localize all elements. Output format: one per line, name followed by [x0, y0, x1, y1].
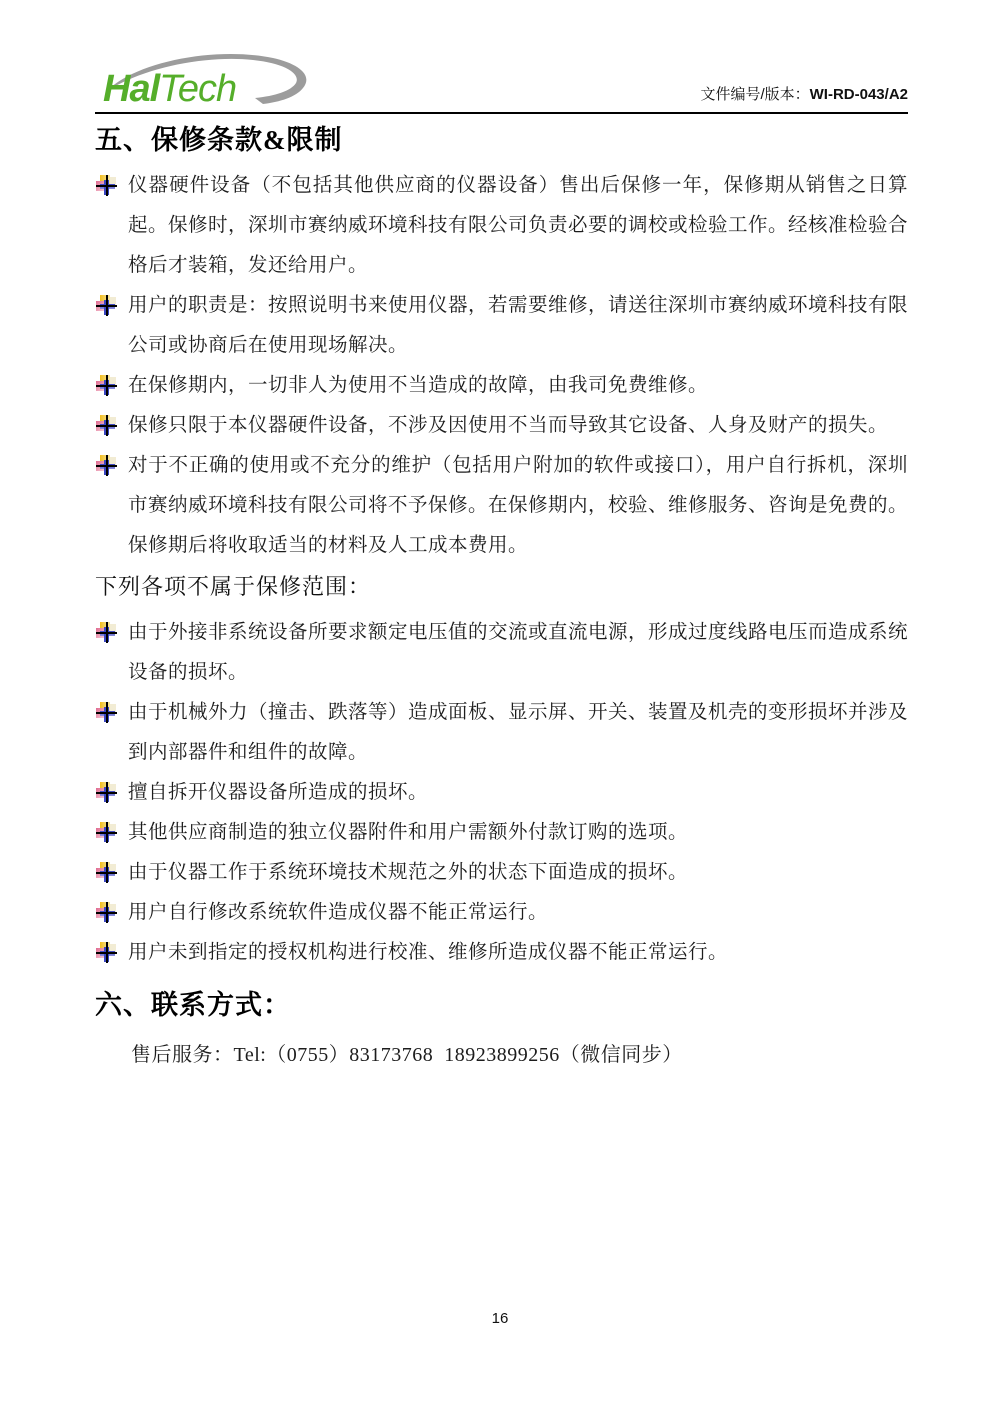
- pinwheel-bullet-icon: [96, 782, 117, 803]
- pinwheel-bullet-icon: [96, 175, 117, 196]
- bullet-text: 其他供应商制造的独立仪器附件和用户需额外付款订购的选项。: [128, 822, 688, 843]
- exclusion-bullet: 擅自拆开仪器设备所造成的损坏。: [95, 773, 908, 813]
- bullet-text: 由于仪器工作于系统环境技术规范之外的状态下面造成的损坏。: [128, 862, 688, 883]
- exclusion-bullet: 由于机械外力（撞击、跌落等）造成面板、显示屏、开关、装置及机壳的变形损坏并涉及到…: [95, 693, 908, 773]
- after-sales-contact-line: 售后服务：Tel:（0755）83173768 18923899256（微信同步…: [131, 1035, 908, 1075]
- pinwheel-bullet-icon: [96, 455, 117, 476]
- pinwheel-bullet-icon: [96, 295, 117, 316]
- exclusion-bullet: 用户未到指定的授权机构进行校准、维修所造成仪器不能正常运行。: [95, 933, 908, 973]
- bullet-text: 擅自拆开仪器设备所造成的损坏。: [128, 782, 428, 803]
- exclusion-bullet: 由于外接非系统设备所要求额定电压值的交流或直流电源，形成过度线路电压而造成系统设…: [95, 613, 908, 693]
- bullet-text: 用户未到指定的授权机构进行校准、维修所造成仪器不能正常运行。: [128, 942, 728, 963]
- exclusion-bullet: 其他供应商制造的独立仪器附件和用户需额外付款订购的选项。: [95, 813, 908, 853]
- pinwheel-bullet-icon: [96, 942, 117, 963]
- warranty-bullet-list: 仪器硬件设备（不包括其他供应商的仪器设备）售出后保修一年，保修期从销售之日算起。…: [95, 166, 908, 566]
- warranty-bullet: 仪器硬件设备（不包括其他供应商的仪器设备）售出后保修一年，保修期从销售之日算起。…: [95, 166, 908, 286]
- pinwheel-bullet-icon: [96, 902, 117, 923]
- bullet-text: 仪器硬件设备（不包括其他供应商的仪器设备）售出后保修一年，保修期从销售之日算起。…: [128, 175, 908, 276]
- section-title-warranty: 五、保修条款&限制: [95, 122, 908, 158]
- document-id-label: 文件编号/版本：: [700, 86, 809, 103]
- haltech-logo: HalTech: [95, 50, 320, 114]
- warranty-bullet: 保修只限于本仪器硬件设备，不涉及因使用不当而导致其它设备、人身及财产的损失。: [95, 406, 908, 446]
- section-title-contact: 六、联系方式：: [95, 983, 908, 1027]
- document-id-value: WI-RD-043/A2: [810, 86, 908, 103]
- pinwheel-bullet-icon: [96, 375, 117, 396]
- bullet-text: 用户的职责是：按照说明书来使用仪器，若需要维修，请送往深圳市赛纳威环境科技有限公…: [128, 295, 908, 356]
- warranty-bullet: 用户的职责是：按照说明书来使用仪器，若需要维修，请送往深圳市赛纳威环境科技有限公…: [95, 286, 908, 366]
- page-header: HalTech 文件编号/版本：WI-RD-043/A2: [95, 0, 908, 114]
- exclusion-bullet: 由于仪器工作于系统环境技术规范之外的状态下面造成的损坏。: [95, 853, 908, 893]
- exclusions-heading: 下列各项不属于保修范围：: [95, 567, 908, 607]
- bullet-text: 由于外接非系统设备所要求额定电压值的交流或直流电源，形成过度线路电压而造成系统设…: [128, 622, 908, 683]
- pinwheel-bullet-icon: [96, 702, 117, 723]
- logo-text: HalTech: [103, 70, 236, 108]
- bullet-text: 在保修期内，一切非人为使用不当造成的故障，由我司免费维修。: [128, 375, 708, 396]
- pinwheel-bullet-icon: [96, 822, 117, 843]
- pinwheel-bullet-icon: [96, 862, 117, 883]
- page-number: 16: [0, 1310, 1000, 1327]
- logo-text-bold: Hal: [103, 68, 159, 110]
- logo-text-regular: Tech: [159, 68, 236, 110]
- pinwheel-bullet-icon: [96, 415, 117, 436]
- exclusions-bullet-list: 由于外接非系统设备所要求额定电压值的交流或直流电源，形成过度线路电压而造成系统设…: [95, 613, 908, 973]
- bullet-text: 对于不正确的使用或不充分的维护（包括用户附加的软件或接口），用户自行拆机，深圳市…: [128, 455, 908, 556]
- pinwheel-bullet-icon: [96, 622, 117, 643]
- bullet-text: 用户自行修改系统软件造成仪器不能正常运行。: [128, 902, 548, 923]
- page-content: HalTech 文件编号/版本：WI-RD-043/A2 五、保修条款&限制 仪…: [0, 0, 1000, 1075]
- warranty-bullet: 在保修期内，一切非人为使用不当造成的故障，由我司免费维修。: [95, 366, 908, 406]
- warranty-bullet: 对于不正确的使用或不充分的维护（包括用户附加的软件或接口），用户自行拆机，深圳市…: [95, 446, 908, 566]
- exclusion-bullet: 用户自行修改系统软件造成仪器不能正常运行。: [95, 893, 908, 933]
- document-id: 文件编号/版本：WI-RD-043/A2: [700, 83, 908, 104]
- bullet-text: 由于机械外力（撞击、跌落等）造成面板、显示屏、开关、装置及机壳的变形损坏并涉及到…: [128, 702, 908, 763]
- bullet-text: 保修只限于本仪器硬件设备，不涉及因使用不当而导致其它设备、人身及财产的损失。: [128, 415, 888, 436]
